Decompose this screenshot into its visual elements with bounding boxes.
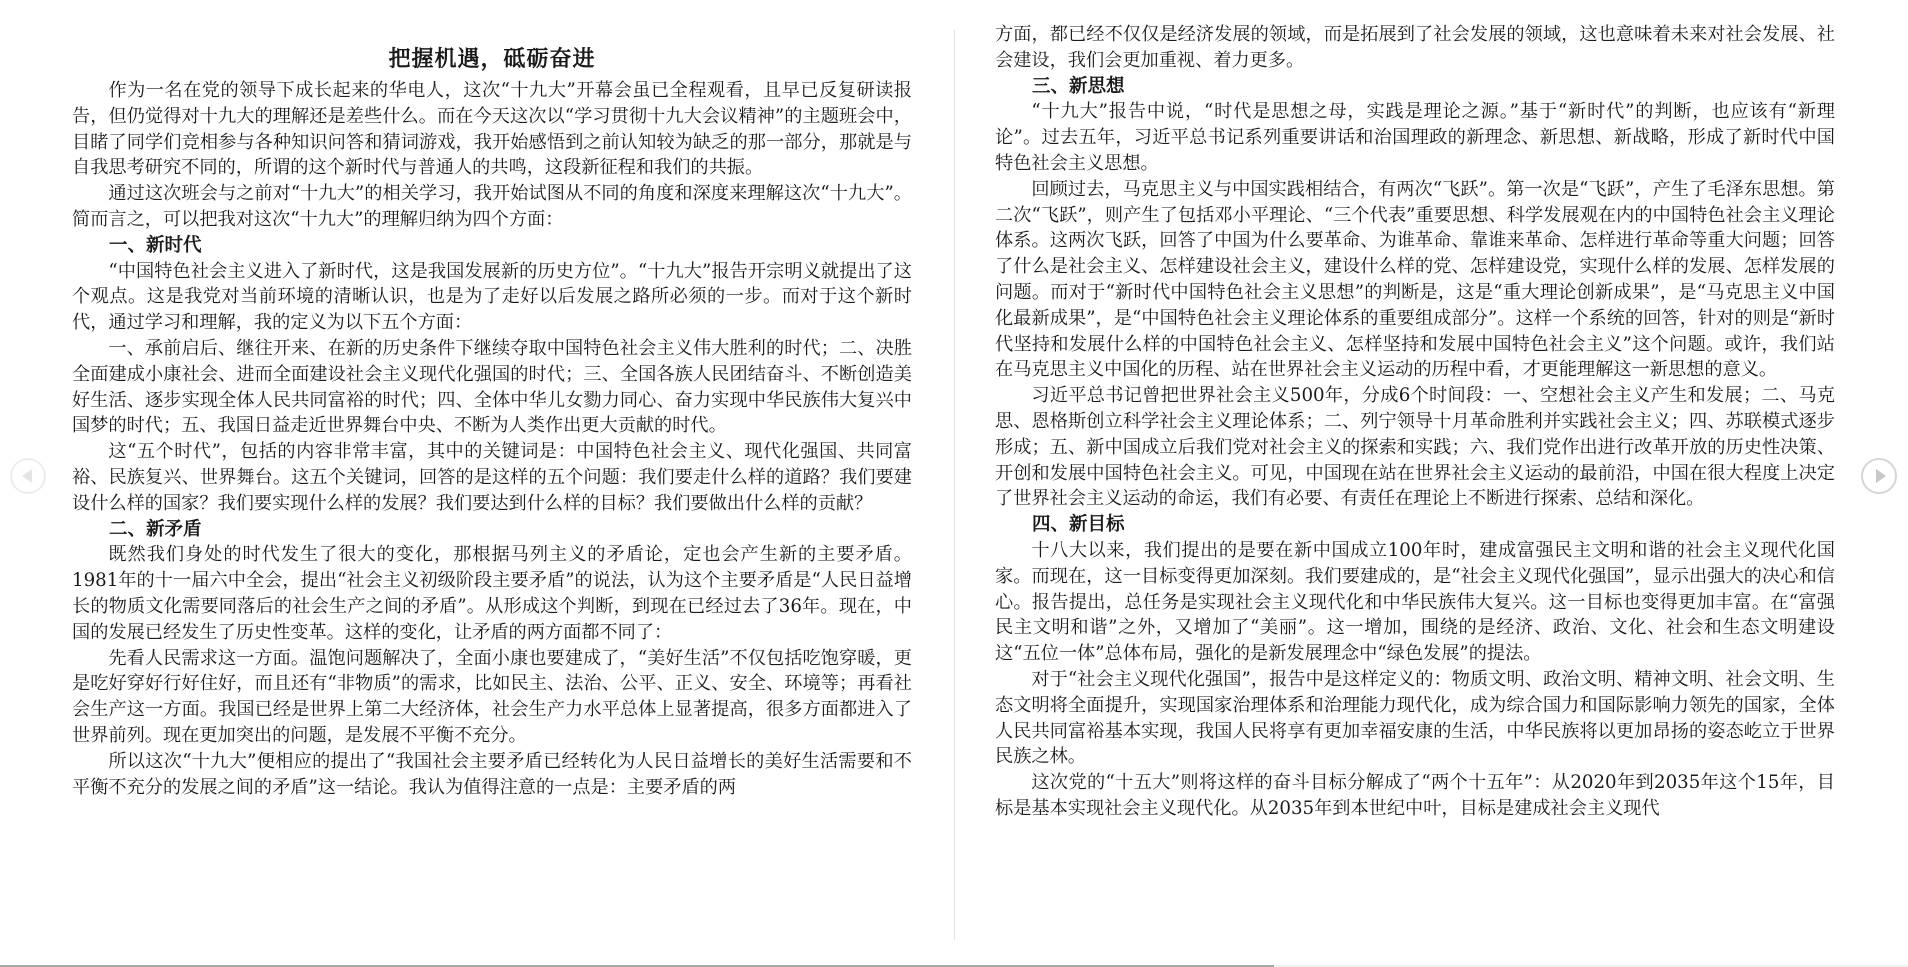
page-divider — [954, 30, 955, 940]
section-heading: 一、新时代 — [72, 233, 912, 259]
previous-page-button[interactable] — [10, 458, 46, 494]
paragraph: 对于“社会主义现代化强国”，报告中是这样定义的：物质文明、政治文明、精神文明、社… — [995, 667, 1835, 770]
paragraph: 既然我们身处的时代发生了很大的变化，那根据马列主义的矛盾论，定也会产生新的主要矛… — [72, 542, 912, 645]
paragraph: 先看人民需求这一方面。温饱问题解决了，全面小康也要建成了，“美好生活”不仅包括吃… — [72, 646, 912, 749]
section-heading: 四、新目标 — [995, 512, 1835, 538]
paragraph: 习近平总书记曾把世界社会主义500年，分成6个时间段：一、空想社会主义产生和发展… — [995, 383, 1835, 512]
next-page-button[interactable] — [1861, 458, 1897, 494]
chevron-right-icon — [1876, 469, 1886, 483]
paragraph: 所以这次“十九大”便相应的提出了“我国社会主要矛盾已经转化为人民日益增长的美好生… — [72, 749, 912, 801]
paragraph: 一、承前启后、继往开来、在新的历史条件下继续夺取中国特色社会主义伟大胜利的时代；… — [72, 336, 912, 439]
right-page: 方面，都已经不仅仅是经济发展的领域，而是拓展到了社会发展的领域，这也意味着未来对… — [995, 22, 1835, 822]
paragraph: 这次党的“十五大”则将这样的奋斗目标分解成了“两个十五年”：从2020年到203… — [995, 770, 1835, 822]
paragraph: 十八大以来，我们提出的是要在新中国成立100年时，建成富强民主文明和谐的社会主义… — [995, 538, 1835, 667]
section-heading: 二、新矛盾 — [72, 517, 912, 543]
paragraph: 通过这次班会与之前对“十九大”的相关学习，我开始试图从不同的角度和深度来理解这次… — [72, 181, 912, 233]
section-heading: 三、新思想 — [995, 74, 1835, 100]
paragraph: 作为一名在党的领导下成长起来的华电人，这次“十九大”开幕会虽已全程观看，且早已反… — [72, 78, 912, 181]
left-page: 把握机遇，砥砺奋进 作为一名在党的领导下成长起来的华电人，这次“十九大”开幕会虽… — [72, 44, 912, 800]
paragraph: 方面，都已经不仅仅是经济发展的领域，而是拓展到了社会发展的领域，这也意味着未来对… — [995, 22, 1835, 74]
paragraph: 这“五个时代”，包括的内容非常丰富，其中的关键词是：中国特色社会主义、现代化强国… — [72, 439, 912, 516]
chevron-left-icon — [22, 469, 32, 483]
paragraph: “中国特色社会主义进入了新时代，这是我国发展新的历史方位”。“十九大”报告开宗明… — [72, 259, 912, 336]
document-title: 把握机遇，砥砺奋进 — [72, 44, 912, 74]
paragraph: “十九大”报告中说，“时代是思想之母，实践是理论之源。”基于“新时代”的判断，也… — [995, 99, 1835, 176]
paragraph: 回顾过去，马克思主义与中国实践相结合，有两次“飞跃”。第一次是“飞跃”，产生了毛… — [995, 177, 1835, 383]
